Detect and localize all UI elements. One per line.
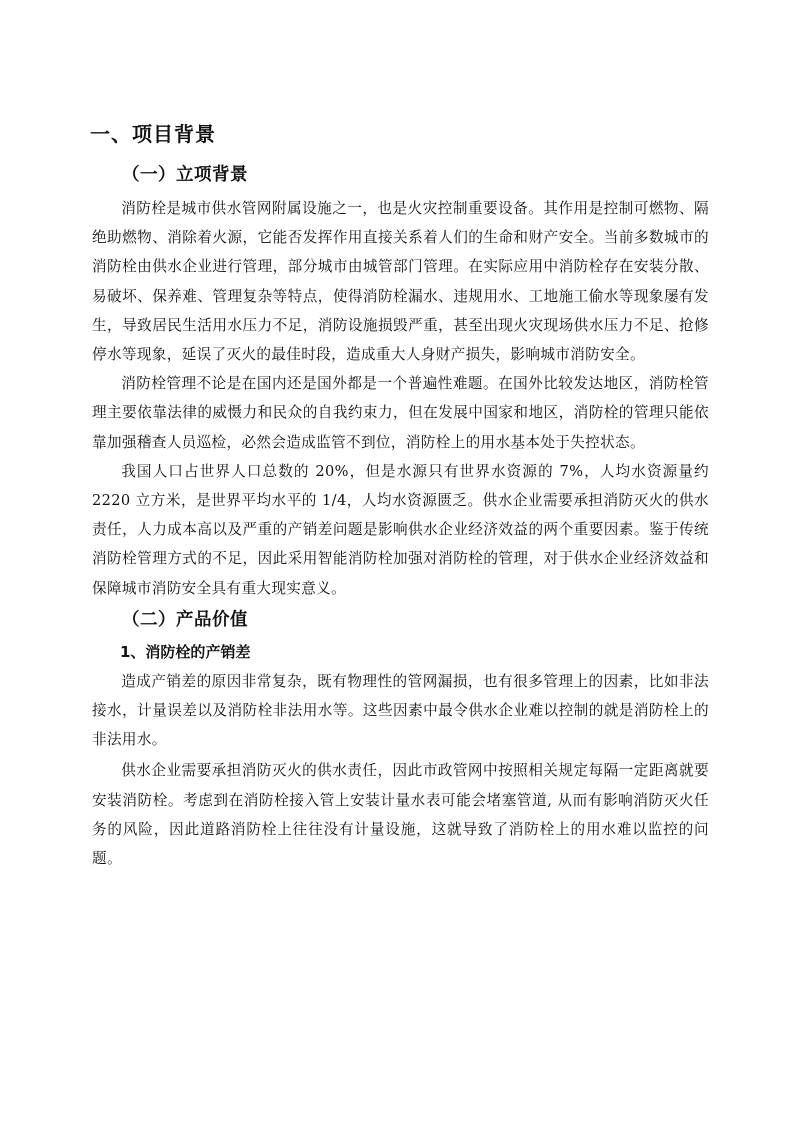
document-page: 一、项目背景 （一）立项背景 消防栓是城市供水管网附属设施之一，也是火灾控制重要… (92, 118, 709, 873)
paragraph-water-resources: 我国人口占世界人口总数的 20%，但是水源只有世界水资源的 7%，人均水资源量约… (92, 457, 709, 603)
paragraph-hydrant-management-difficulty: 消防栓管理不论是在国内还是国外都是一个普遍性难题。在国外比较发达地区，消防栓管理… (92, 369, 709, 457)
heading-project-initiation-background: （一）立项背景 (122, 160, 709, 190)
paragraph-nonrevenue-causes: 造成产销差的原因非常复杂，既有物理性的管网漏损，也有很多管理上的因素，比如非法接… (92, 667, 709, 755)
heading-project-background: 一、项目背景 (90, 118, 709, 150)
paragraph-hydrant-metering: 供水企业需要承担消防灭火的供水责任，因此市政管网中按照相关规定每隔一定距离就要安… (92, 756, 709, 873)
paragraph-hydrant-overview: 消防栓是城市供水管网附属设施之一，也是火灾控制重要设备。其作用是控制可燃物、隔绝… (92, 194, 709, 369)
heading-product-value: （二）产品价值 (122, 605, 709, 635)
heading-hydrant-nonrevenue-water: 1、消防栓的产销差 (120, 639, 709, 665)
